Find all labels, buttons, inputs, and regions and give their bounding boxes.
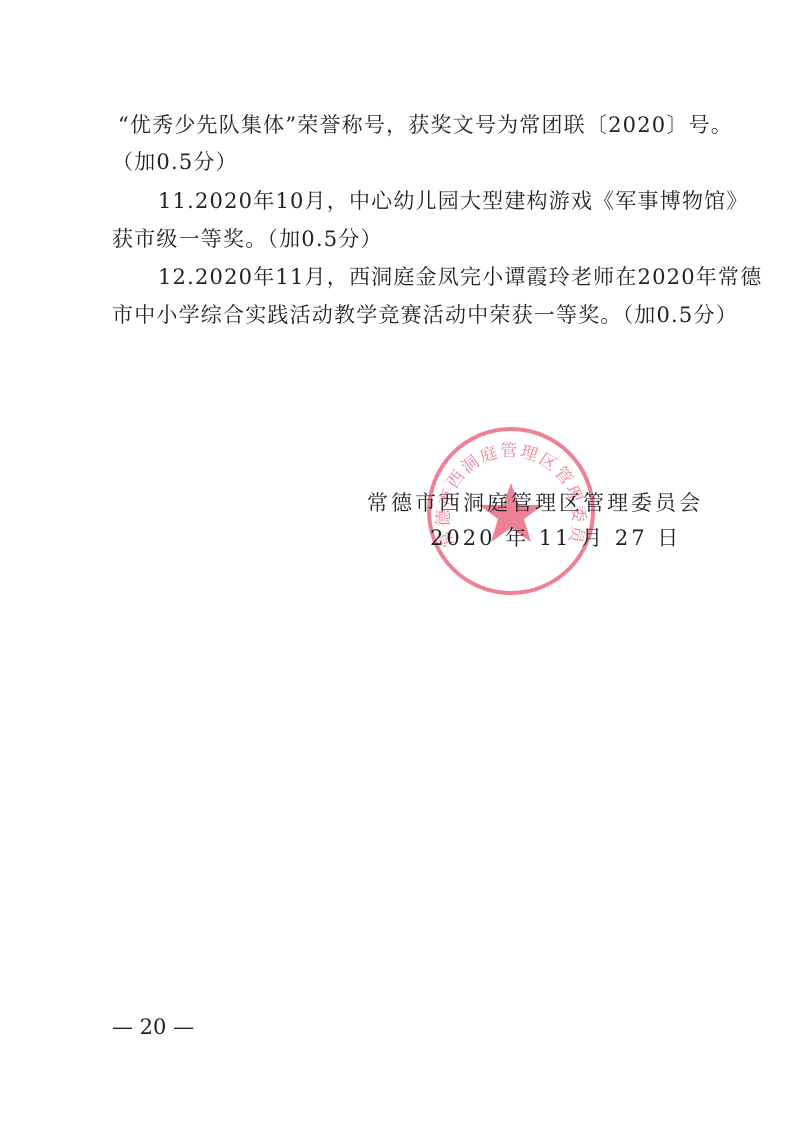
page-number: — 20 — bbox=[112, 1012, 194, 1042]
paragraph-item10-line2: （加0.5分） bbox=[112, 147, 238, 177]
document-page: “优秀少先队集体”荣誉称号，获奖文号为常团联〔2020〕号。 （加0.5分） 1… bbox=[0, 0, 800, 1130]
signature-organization: 常德市西洞庭管理区管理委员会 bbox=[367, 488, 703, 518]
paragraph-item10-line1: “优秀少先队集体”荣誉称号，获奖文号为常团联〔2020〕号。 bbox=[118, 110, 733, 140]
paragraph-item11-line1: 11.2020年10月，中心幼儿园大型建构游戏《军事博物馆》 bbox=[158, 186, 749, 216]
signature-date: 2020 年 11 月 27 日 bbox=[430, 523, 681, 553]
paragraph-item12-line1: 12.2020年11月，西洞庭金凤完小谭霞玲老师在2020年常德 bbox=[158, 262, 762, 292]
paragraph-item12-line2: 市中小学综合实践活动教学竞赛活动中荣获一等奖。（加0.5分） bbox=[112, 300, 738, 330]
paragraph-item11-line2: 获市级一等奖。（加0.5分） bbox=[112, 224, 383, 254]
